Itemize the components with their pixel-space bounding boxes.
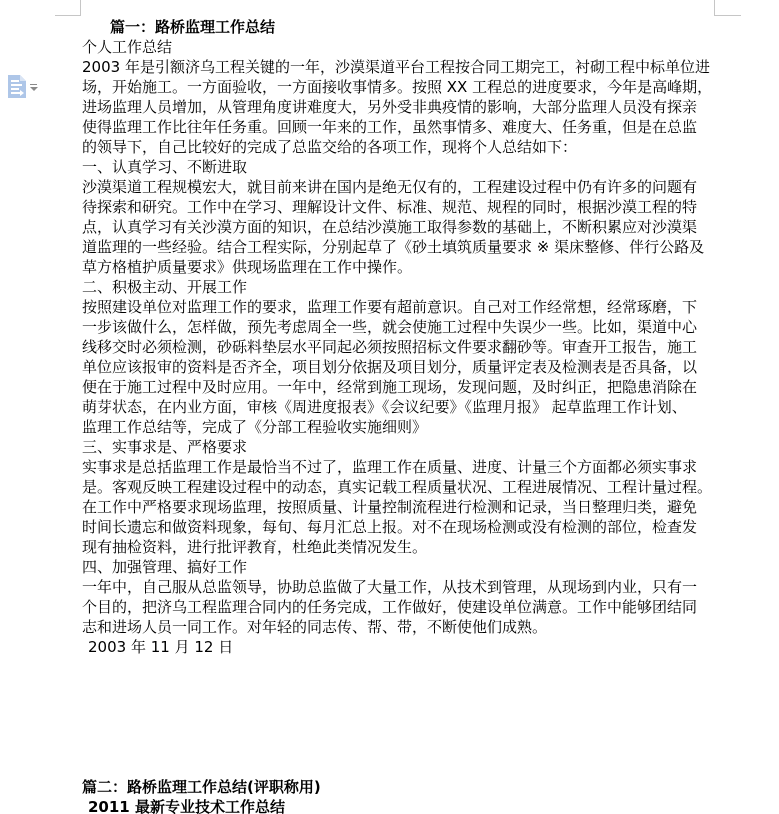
text-line: 个人工作总结 [82,37,742,57]
text-line: 点，认真学习有关沙漠方面的知识，在总结沙漠施工取得参数的基础上，不断积累应对沙漠… [82,217,742,237]
text-line [82,737,742,757]
page-fold-shade [20,75,26,81]
text-line: 的领导下，自己比较好的完成了总监交给的各项工作，现将个人总结如下： [82,137,742,157]
text-line: 按照建设单位对监理工作的要求，监理工作要有超前意识。自己对工作经常想，经常琢磨，… [82,297,742,317]
dropdown-overline [30,84,37,85]
text-line: 四、加强管理、搞好工作 [82,557,742,577]
text-line: 个目的，把济乌工程监理合同内的任务完成，工作做好，使建设单位满意。工作中能够团结… [82,597,742,617]
text-line: 进场监理人员增加，从管理角度讲难度大，另外受非典疫情的影响，大部分监理人员没有探… [82,97,742,117]
text-line: 一年中，自己服从总监领导，协助总监做了大量工作，从技术到管理，从现场到内业，只有… [82,577,742,597]
text-line: 2011 最新专业技术工作总结 [82,797,742,814]
text-boundary-mark-top-right [714,0,741,16]
text-line [82,757,742,777]
text-line: 2003 年 11 月 12 日 [82,637,742,657]
dropdown-arrow-icon[interactable] [29,84,38,92]
text-line: 二、积极主动、开展工作 [82,277,742,297]
text-line: 道监理的一些经验。结合工程实际，分别起草了《砂土填筑质量要求 ※ 渠床整修、伴行… [82,237,742,257]
text-line: 篇一：路桥监理工作总结 [82,17,742,37]
text-line: 场，开始施工。一方面验收，一方面接收事情多。按照 XX 工程总的进度要求，今年是… [82,77,742,97]
paste-arrow-glyph [11,92,20,94]
text-line-glyph [11,84,22,86]
dropdown-triangle [30,87,38,91]
text-line [82,697,742,717]
text-boundary-mark-top-left [55,0,81,16]
text-line [82,717,742,737]
text-line: 一步该做什么，怎样做，预先考虑周全一些，就会使施工过程中失误少一些。比如，渠道中… [82,317,742,337]
text-line: 在工作中严格要求现场监理，按照质量、计量控制流程进行检测和记录，当日整理归类，避… [82,497,742,517]
text-line-glyph [11,88,19,90]
text-line: 使得监理工作比往年任务重。回顾一年来的工作，虽然事情多、难度大、任务重，但是在总… [82,117,742,137]
text-line: 时间长遗忘和做资料现象，每旬、每月汇总上报。对不在现场检测或没有检测的部位，检查… [82,517,742,537]
text-line: 实事求是总括监理工作是最恰当不过了，监理工作在质量、进度、计量三个方面都必须实事… [82,457,742,477]
text-line: 现有抽检资料，进行批评教育，杜绝此类情况发生。 [82,537,742,557]
document-body: 篇一：路桥监理工作总结个人工作总结2003 年是引额济乌工程关键的一年，沙漠渠道… [82,17,742,814]
text-line: 沙漠渠道工程规模宏大，就目前来讲在国内是绝无仅有的，工程建设过程中仍有许多的问题… [82,177,742,197]
text-line: 2003 年是引额济乌工程关键的一年，沙漠渠道平台工程按合同工期完工，衬砌工程中… [82,57,742,77]
text-line [82,677,742,697]
text-line: 篇二：路桥监理工作总结(评职称用) [82,777,742,797]
text-line: 单位应该报审的资料是否齐全，项目划分依据及项目划分，质量评定表及检测表是否具备，… [82,357,742,377]
text-line: 待探索和研究。工作中在学习、理解设计文件、标准、规范、规程的同时，根据沙漠工程的… [82,197,742,217]
text-line: 三、实事求是、严格要求 [82,437,742,457]
text-line-glyph [11,80,19,82]
text-line: 萌芽状态，在内业方面，审核《周进度报表》《会议纪要》《监理月报》 起草监理工作计… [82,397,742,417]
text-line: 草方格植护质量要求》供现场监理在工作中操作。 [82,257,742,277]
text-line [82,657,742,677]
text-line: 志和进场人员一同工作。对年轻的同志传、帮、带，不断使他们成熟。 [82,617,742,637]
paste-document-icon [8,75,26,98]
paste-options-button[interactable] [8,75,44,101]
text-line: 线移交时必须检测，砂砾料垫层水平同起必须按照招标文件要求翻砂等。审查开工报告，施… [82,337,742,357]
document-page: 篇一：路桥监理工作总结个人工作总结2003 年是引额济乌工程关键的一年，沙漠渠道… [0,0,779,814]
text-line: 一、认真学习、不断进取 [82,157,742,177]
text-line: 监理工作总结等，完成了《分部工程验收实施细则》 [82,417,742,437]
text-line: 便在于施工过程中及时应用。一年中，经常到施工现场，发现问题，及时纠正，把隐患消除… [82,377,742,397]
text-line: 是。客观反映工程建设过程中的动态，真实记载工程质量状况、工程进展情况、工程计量过… [82,477,742,497]
